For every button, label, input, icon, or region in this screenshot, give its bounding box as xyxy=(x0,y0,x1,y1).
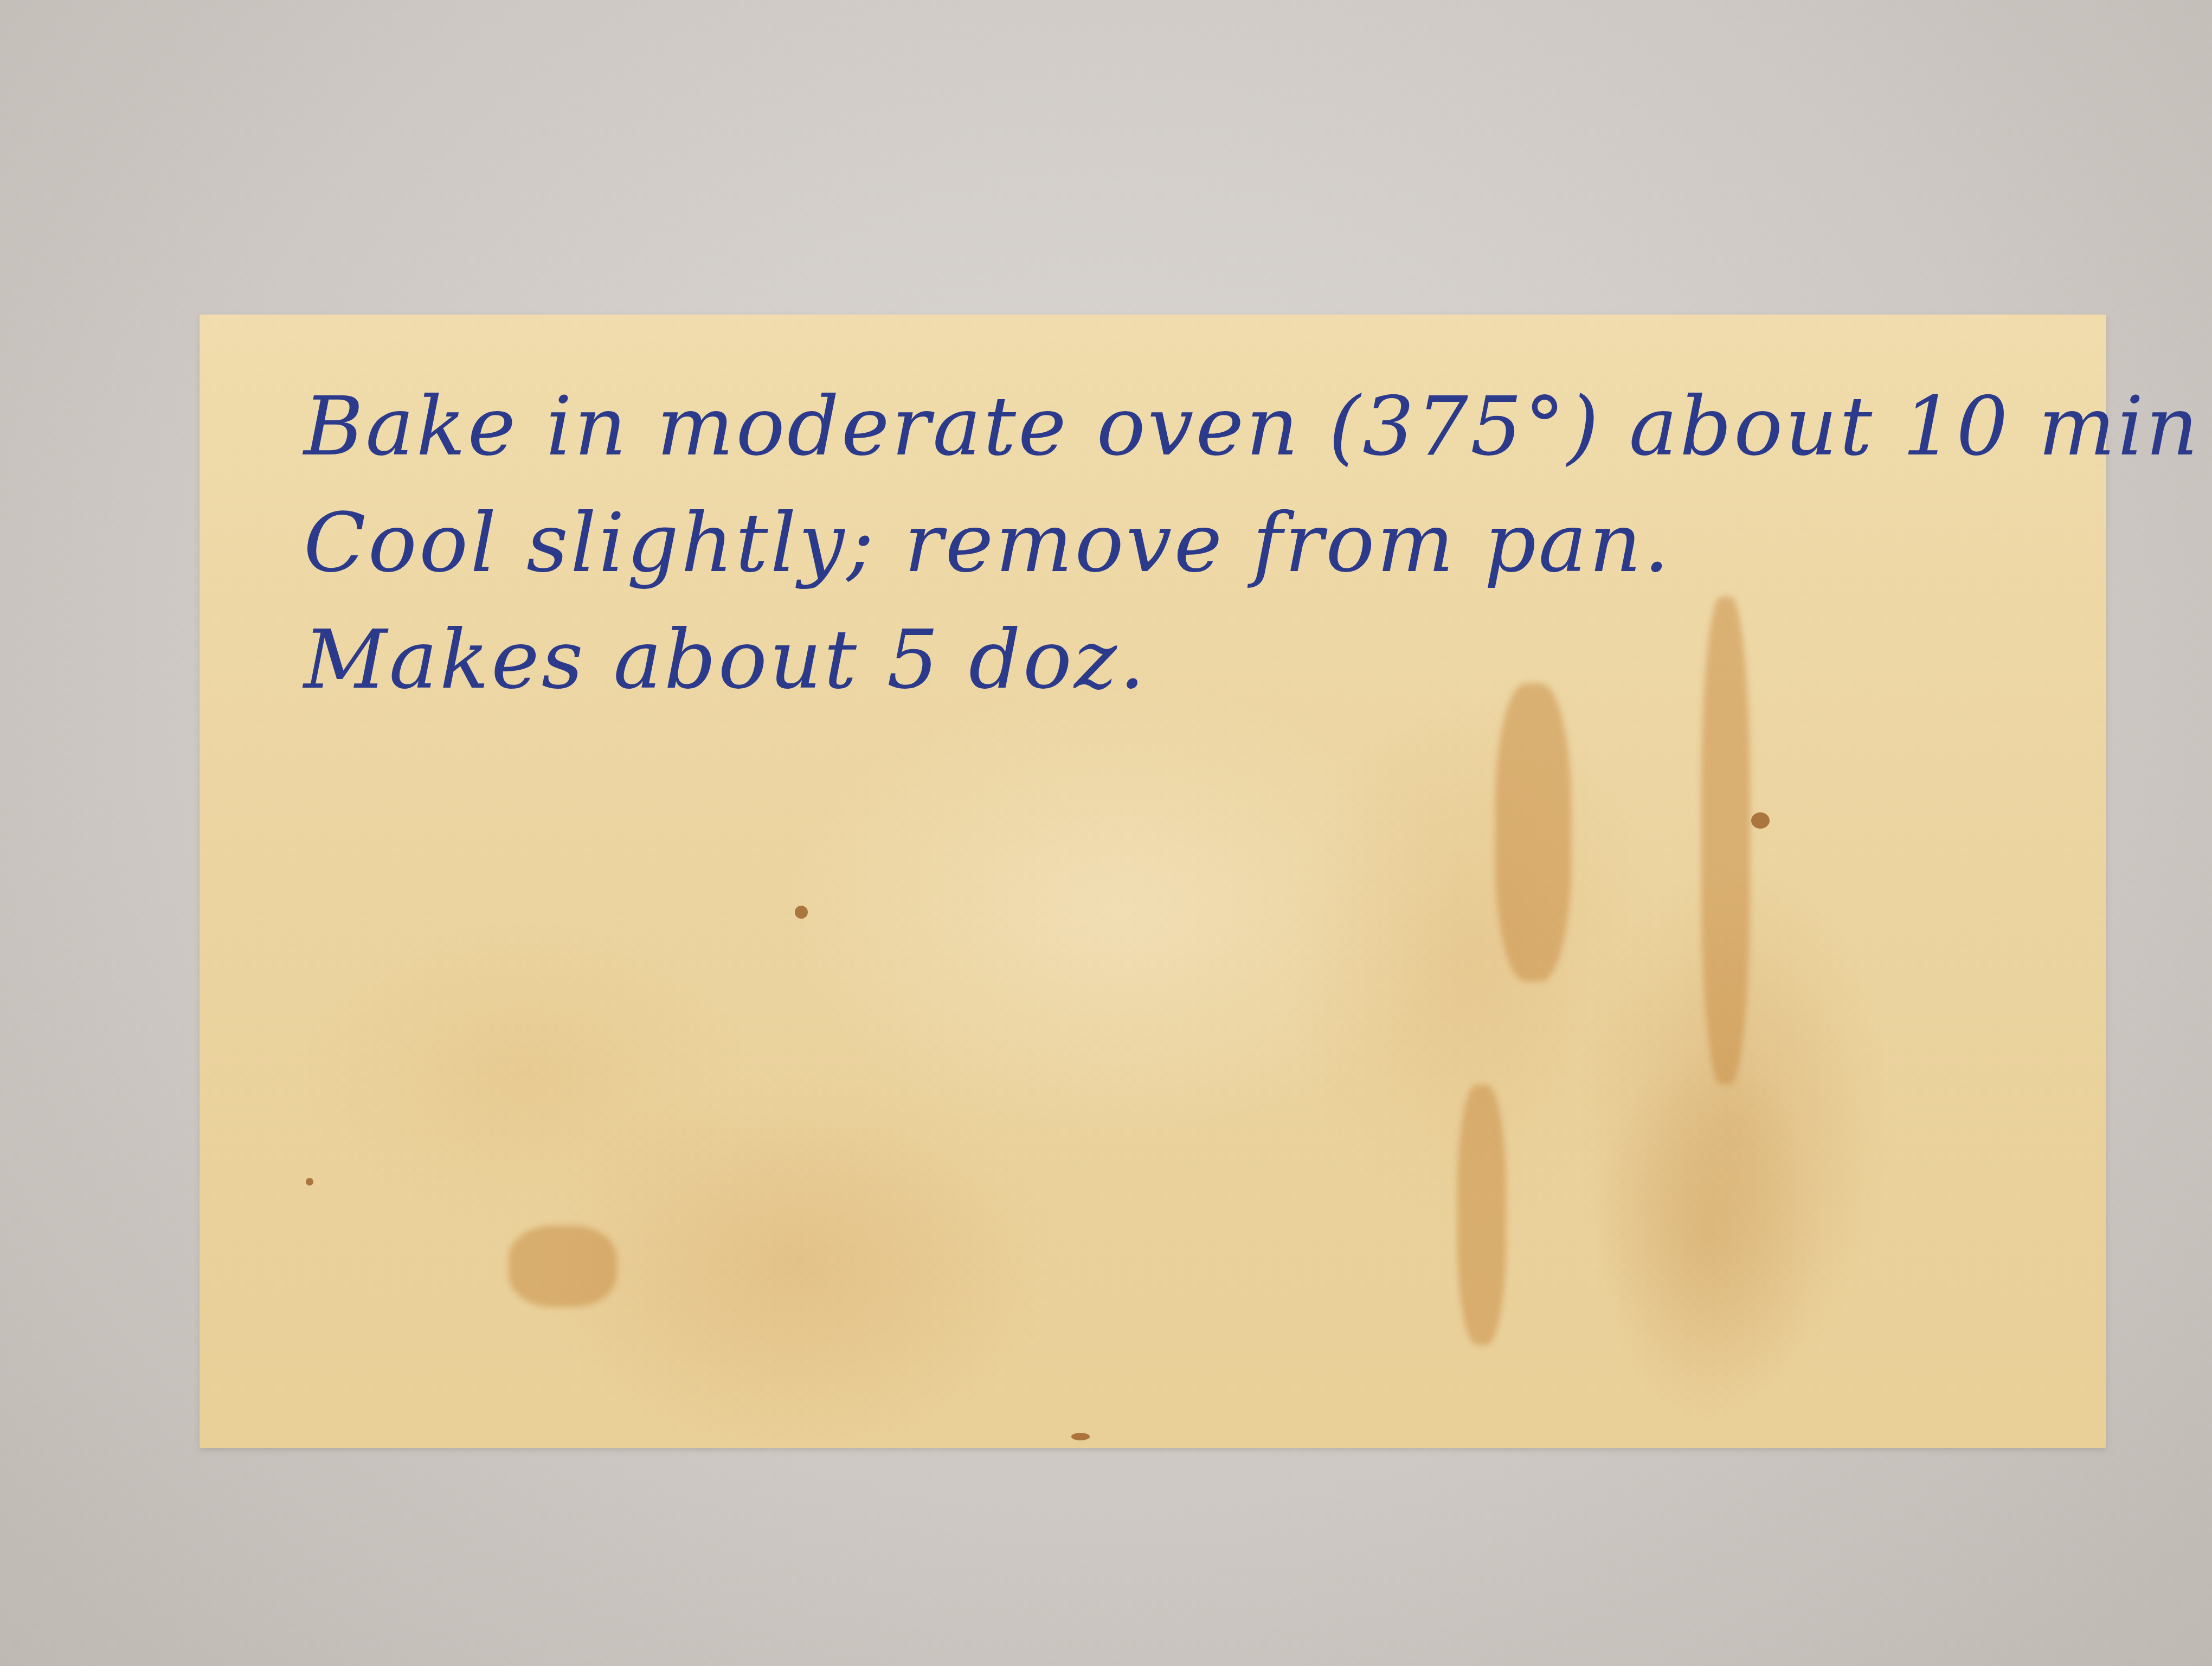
recipe-line-bake: Bake in moderate oven (375°) about 10 mi… xyxy=(304,369,2093,485)
stain xyxy=(509,1226,617,1307)
recipe-line-cool: Cool slightly; remove from pan. xyxy=(304,485,2093,602)
stain xyxy=(1457,1085,1506,1345)
stain-spot xyxy=(306,1178,313,1186)
stain-spot xyxy=(1071,1433,1090,1440)
stain-spot xyxy=(795,906,808,919)
stain-spot xyxy=(1751,812,1770,829)
stain xyxy=(1495,683,1571,982)
recipe-text: Bake in moderate oven (375°) about 10 mi… xyxy=(304,369,2093,719)
recipe-line-yield: Makes about 5 doz. xyxy=(304,602,2093,719)
